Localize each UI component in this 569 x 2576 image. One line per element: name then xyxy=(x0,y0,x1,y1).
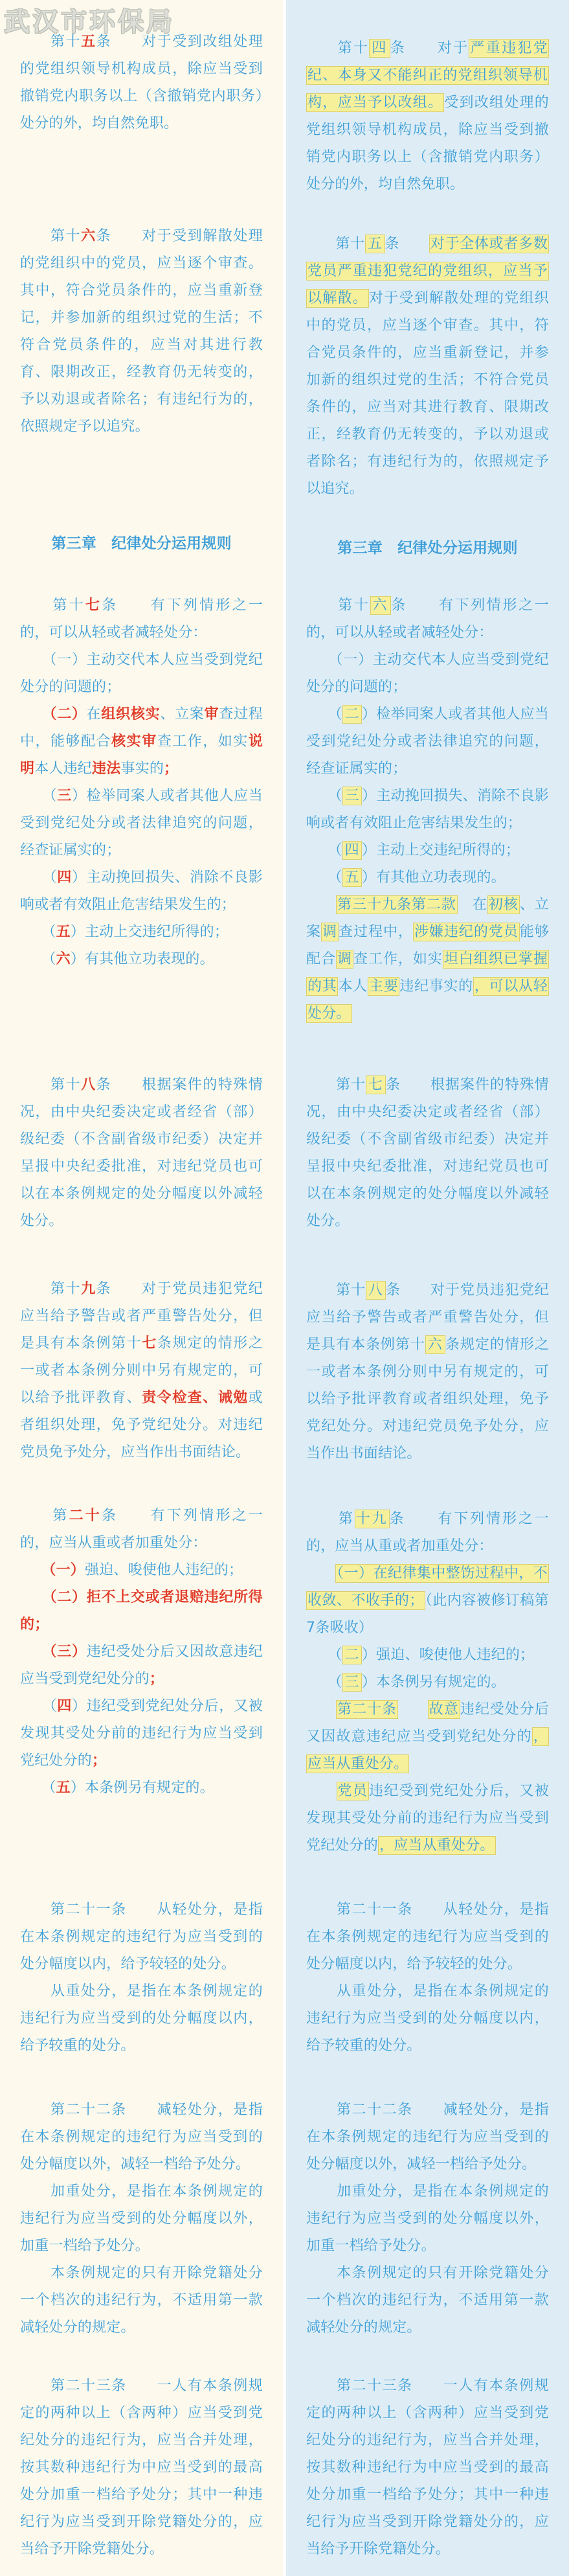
paragraph: （五）主动上交违纪所得的； xyxy=(20,919,263,946)
text-span: 第十 xyxy=(306,597,370,614)
highlight-box-char: 五 xyxy=(342,868,362,887)
text-span: 第十 xyxy=(20,1281,81,1297)
highlight-box-char: 三 xyxy=(342,1673,362,1692)
highlight-span: 第三十九条第二款 xyxy=(336,895,458,914)
article-block: 第十八条 对于党员违犯党纪应当给予警告或者严重警告处分，但是具有本条例第十六条规… xyxy=(306,1277,549,1467)
text-span: ）有其他立功表现的。 xyxy=(71,951,214,967)
red-edit-span: 六 xyxy=(56,951,71,967)
text-span: 加重处分，是指在本条例规定的违纪行为应当受到的处分幅度以外，加重一档给予处分。 xyxy=(306,2183,549,2254)
paragraph: （五）本条例另有规定的。 xyxy=(20,1775,263,1802)
red-edit-span: 核实审 xyxy=(111,733,157,750)
paragraph: 第三十九条第二款 在初核、立案调查过程中，涉嫌违纪的党员能够配合调查工作，如实坦… xyxy=(306,891,549,1028)
paragraph: 从重处分，是指在本条例规定的违纪行为应当受到的处分幅度以内，给予较重的处分。 xyxy=(306,1978,549,2060)
text-span: 条 对于 xyxy=(390,40,469,56)
text-span: （ xyxy=(20,788,57,804)
text-span: 第十 xyxy=(306,40,369,56)
text-span: 第十 xyxy=(306,236,365,252)
paragraph: 本条例规定的只有开除党籍处分一个档次的违纪行为，不适用第一款减轻处分的规定。 xyxy=(20,2260,263,2341)
red-edit-span: （一） xyxy=(49,1562,85,1578)
text-span: （一）主动交代本人应当受到党纪处分的问题的； xyxy=(306,652,549,695)
red-edit-span: 审 xyxy=(205,706,219,722)
red-edit-span: ； xyxy=(164,761,178,777)
highlight-box-char: 二 xyxy=(342,1646,362,1664)
article-block: 第十七条 根据案件的特殊情况，由中央纪委决定或者经省（部）级纪委（不含副省级市纪… xyxy=(306,1072,549,1235)
paragraph: （四）违纪受到党纪处分后，又被发现其受处分前的违纪行为应当受到党纪处分的； xyxy=(20,1693,263,1775)
text-span: （ xyxy=(306,788,342,804)
highlight-span: 涉嫌违纪的党员 xyxy=(413,923,520,941)
text-span: 事实的 xyxy=(120,761,164,777)
highlight-span: 故意 xyxy=(428,1700,460,1719)
highlight-box-char: 六 xyxy=(425,1335,445,1354)
text-span: 本人违纪 xyxy=(34,761,92,777)
text-span: 条 对于受到解散处理的党组织中的党员，应当逐个审查。其中，符合党员条件的，应当重… xyxy=(20,228,263,435)
red-edit-span: 四 xyxy=(57,869,72,886)
paragraph: 加重处分，是指在本条例规定的违纪行为应当受到的处分幅度以外，加重一档给予处分。 xyxy=(20,2178,263,2260)
paragraph: （五）有其他立功表现的。 xyxy=(306,864,549,891)
paragraph: 第十七条 根据案件的特殊情况，由中央纪委决定或者经省（部）级纪委（不含副省级市纪… xyxy=(306,1072,549,1235)
text-span: （ xyxy=(20,1698,57,1714)
red-edit-span: 九 xyxy=(81,1281,96,1297)
text-span: 从重处分，是指在本条例规定的违纪行为应当受到的处分幅度以内，给予较重的处分。 xyxy=(20,1983,263,2054)
text-span: 从重处分，是指在本条例规定的违纪行为应当受到的处分幅度以内，给予较重的处分。 xyxy=(306,1983,549,2054)
red-edit-span: 二十 xyxy=(69,1508,102,1524)
highlight-span: 十九 xyxy=(355,1510,390,1528)
highlight-box-char: 二 xyxy=(342,705,362,724)
text-span: （ xyxy=(306,1647,342,1663)
revised-text-column: 第十四条 对于严重违犯党纪、本身又不能纠正的党组织领导机构，应当予以改组。受到改… xyxy=(286,0,569,2576)
text-span: （ xyxy=(20,1780,56,1796)
article-block: 第二十三条 一人有本条例规定的两种以上（含两种）应当受到党纪处分的违纪行为，应当… xyxy=(20,2373,263,2563)
text-span: （ xyxy=(306,706,342,722)
text-span: 第十 xyxy=(306,1282,366,1298)
red-edit-span: 组织核实 xyxy=(101,706,160,722)
highlight-box-char: 三 xyxy=(342,787,362,805)
text-span xyxy=(306,1701,336,1718)
paragraph: （一）主动交代本人应当受到党纪处分的问题的； xyxy=(306,647,549,701)
text-span: ）主动上交违纪所得的； xyxy=(362,842,520,858)
red-edit-span: （二） xyxy=(49,706,86,722)
text-span: 条规定的情形之一或者本条例分则中另有规定的，可以给予批评教育或者组织处理，免予党… xyxy=(306,1337,549,1462)
red-edit-span: 违法 xyxy=(92,761,120,777)
red-edit-span: 六 xyxy=(81,228,96,244)
text-span: （ xyxy=(20,924,56,940)
paragraph: 第十九条 有下列情形之一的，应当从重或者加重处分： xyxy=(306,1506,549,1560)
text-span: 加重处分，是指在本条例规定的违纪行为应当受到的处分幅度以外，加重一档给予处分。 xyxy=(20,2183,263,2254)
text-span: 第二十二条 减轻处分，是指在本条例规定的违纪行为应当受到的处分幅度以外，减轻一档… xyxy=(20,2102,263,2172)
text-span: 查过程中， xyxy=(339,924,413,940)
article-block: 第十六条 对于受到解散处理的党组织中的党员，应当逐个审查。其中，符合党员条件的，… xyxy=(20,223,263,441)
text-span: 第三章 纪律处分运用规则 xyxy=(51,535,231,552)
paragraph: （六）有其他立功表现的。 xyxy=(20,946,263,973)
paragraph: 第十六条 有下列情形之一的，可以从轻或者减轻处分： xyxy=(306,592,549,647)
paragraph: 加重处分，是指在本条例规定的违纪行为应当受到的处分幅度以外，加重一档给予处分。 xyxy=(306,2178,549,2260)
article-block: 第二十一条 从轻处分，是指在本条例规定的违纪行为应当受到的处分幅度以内，给予较轻… xyxy=(306,1896,549,2060)
chapter-heading: 第三章 纪律处分运用规则 xyxy=(20,530,263,557)
text-span: 第二十一条 从轻处分，是指在本条例规定的违纪行为应当受到的处分幅度以内，给予较轻… xyxy=(20,1902,263,1972)
paragraph: 第二十三条 一人有本条例规定的两种以上（含两种）应当受到党纪处分的违纪行为，应当… xyxy=(20,2373,263,2563)
red-edit-span: 四 xyxy=(57,1698,72,1714)
red-edit-span: （二）拒不上交或者退赔违纪所得的； xyxy=(20,1589,263,1633)
paragraph: （三）主动挽回损失、消除不良影响或者有效阻止危害结果发生的； xyxy=(306,783,549,837)
article-block: 第十六条 有下列情形之一的，可以从轻或者减轻处分： （一）主动交代本人应当受到党… xyxy=(306,592,549,1028)
highlight-box-char: 四 xyxy=(342,841,362,860)
text-span: 第 xyxy=(20,1508,69,1524)
text-span: 强迫、唆使他人违纪的； xyxy=(85,1562,243,1578)
article-block: 第十四条 对于严重违犯党纪、本身又不能纠正的党组织领导机构，应当予以改组。受到改… xyxy=(306,35,549,198)
text-span: ）主动上交违纪所得的； xyxy=(71,924,229,940)
highlight-span: 党员 xyxy=(337,1782,370,1800)
highlight-box-char: 七 xyxy=(366,1075,386,1094)
text-span: （ xyxy=(306,842,342,858)
paragraph: （三）违纪受处分后又因故意违纪应当受到党纪处分的； xyxy=(20,1639,263,1693)
highlight-span: 调 xyxy=(336,950,353,969)
article-block: 第二十二条 减轻处分，是指在本条例规定的违纪行为应当受到的处分幅度以外，减轻一档… xyxy=(20,2097,263,2341)
text-span xyxy=(20,1589,49,1605)
red-edit-span: 责令检查、诫勉 xyxy=(142,1390,249,1406)
text-span: （一）主动交代本人应当受到党纪处分的问题的； xyxy=(20,652,263,695)
highlight-box-char: 五 xyxy=(365,235,385,253)
text-span xyxy=(20,1644,49,1660)
paragraph: （三）检举同案人或者其他人应当受到党纪处分或者法律追究的问题，经查证属实的； xyxy=(20,783,263,864)
text-span: 第十 xyxy=(306,1077,366,1093)
text-span: 条 根据案件的特殊情况，由中央纪委决定或者经省（部）级纪委（不含副省级市纪委）决… xyxy=(306,1077,549,1229)
article-block: 第十七条 有下列情形之一的，可以从轻或者减轻处分： （一）主动交代本人应当受到党… xyxy=(20,592,263,973)
paragraph: 第二十二条 减轻处分，是指在本条例规定的违纪行为应当受到的处分幅度以外，减轻一档… xyxy=(20,2097,263,2178)
red-edit-span: ； xyxy=(92,1753,106,1769)
text-span: ）强迫、唆使他人违纪的； xyxy=(362,1647,534,1663)
red-edit-span: 五 xyxy=(56,1780,71,1796)
text-span: （ xyxy=(20,951,56,967)
paragraph: 第十六条 对于受到解散处理的党组织中的党员，应当逐个审查。其中，符合党员条件的，… xyxy=(20,223,263,441)
article-block: 第二十条 有下列情形之一的，应当从重或者加重处分： （一）强迫、唆使他人违纪的；… xyxy=(20,1502,263,1802)
paragraph: 本条例规定的只有开除党籍处分一个档次的违纪行为，不适用第一款减轻处分的规定。 xyxy=(306,2260,549,2341)
paragraph: （一）强迫、唆使他人违纪的； xyxy=(20,1557,263,1584)
text-span xyxy=(306,1783,337,1799)
red-edit-span: （三） xyxy=(49,1644,86,1660)
red-edit-span: 五 xyxy=(56,924,71,940)
text-span: 第十 xyxy=(20,597,85,614)
article-block: 第二十一条 从轻处分，是指在本条例规定的违纪行为应当受到的处分幅度以内，给予较轻… xyxy=(20,1896,263,2060)
paragraph: 从重处分，是指在本条例规定的违纪行为应当受到的处分幅度以内，给予较重的处分。 xyxy=(20,1978,263,2060)
text-span: ）本条例另有规定的。 xyxy=(362,1674,506,1690)
article-block: 第十九条 对于党员违犯党纪应当给予警告或者严重警告处分，但是具有本条例第十七条规… xyxy=(20,1276,263,1466)
text-span: 条 根据案件的特殊情况，由中央纪委决定或者经省（部）级纪委（不含副省级市纪委）决… xyxy=(20,1077,263,1229)
paragraph: 第二十一条 从轻处分，是指在本条例规定的违纪行为应当受到的处分幅度以内，给予较轻… xyxy=(306,1896,549,1978)
text-span: 第二十三条 一人有本条例规定的两种以上（含两种）应当受到党纪处分的违纪行为，应当… xyxy=(306,2378,549,2557)
red-edit-span: ； xyxy=(150,1671,164,1687)
text-span: 违纪事实的 xyxy=(399,978,473,995)
paragraph: 第十五条 对于全体或者多数党员严重违犯党纪的党组织，应当予以解散。对于受到解散处… xyxy=(306,231,549,503)
article-block: 第二十三条 一人有本条例规定的两种以上（含两种）应当受到党纪处分的违纪行为，应当… xyxy=(306,2373,549,2563)
paragraph: 第二十三条 一人有本条例规定的两种以上（含两种）应当受到党纪处分的违纪行为，应当… xyxy=(306,2373,549,2563)
highlight-span: 主要 xyxy=(368,977,399,996)
paragraph: 第二十条 有下列情形之一的，应当从重或者加重处分： xyxy=(20,1502,263,1557)
paragraph: 第二十一条 从轻处分，是指在本条例规定的违纪行为应当受到的处分幅度以内，给予较轻… xyxy=(20,1896,263,1978)
red-edit-span: 八 xyxy=(81,1077,96,1093)
text-span: 第十 xyxy=(20,1077,81,1093)
text-span xyxy=(306,1565,335,1581)
text-span: 第二十三条 一人有本条例规定的两种以上（含两种）应当受到党纪处分的违纪行为，应当… xyxy=(20,2378,263,2557)
text-span: 在 xyxy=(458,897,487,913)
text-span xyxy=(398,1701,428,1718)
red-edit-span: 七 xyxy=(85,597,102,614)
text-span: 第十 xyxy=(20,228,81,244)
article-block: 第十五条 对于受到改组处理的党组织领导机构成员，除应当受到撤销党内职务以上（含撤… xyxy=(20,29,263,137)
paragraph: （一）主动交代本人应当受到党纪处分的问题的； xyxy=(20,647,263,701)
text-span: 第三章 纪律处分运用规则 xyxy=(337,540,517,557)
text-span xyxy=(20,706,49,722)
highlight-box-char: 六 xyxy=(370,596,392,615)
paragraph: （二）拒不上交或者退赔违纪所得的； xyxy=(20,1584,263,1639)
text-span: 在 xyxy=(87,706,102,722)
text-span: 第二十一条 从轻处分，是指在本条例规定的违纪行为应当受到的处分幅度以内，给予较轻… xyxy=(306,1902,549,1972)
paragraph: （三）本条例另有规定的。 xyxy=(306,1669,549,1696)
text-span: ）本条例另有规定的。 xyxy=(71,1780,214,1796)
highlight-span: 初核 xyxy=(487,895,520,914)
paragraph: 第十四条 对于严重违犯党纪、本身又不能纠正的党组织领导机构，应当予以改组。受到改… xyxy=(306,35,549,198)
red-edit-span: 三 xyxy=(57,788,72,804)
paragraph: （二）在组织核实、立案审查过程中，能够配合核实审查工作，如实说明本人违纪违法事实… xyxy=(20,701,263,783)
paragraph: 第三章 纪律处分运用规则 xyxy=(20,530,263,557)
text-span: 对于受到解散处理的党组织中的党员，应当逐个审查。其中，符合党员条件的，应当重新登… xyxy=(306,290,549,497)
text-span: 查工作，如实 xyxy=(353,951,443,967)
paragraph: （四）主动挽回损失、消除不良影响或者有效阻止危害结果发生的； xyxy=(20,864,263,919)
article-block: 第十五条 对于全体或者多数党员严重违犯党纪的党组织，应当予以解散。对于受到解散处… xyxy=(306,231,549,503)
paragraph: 第二十二条 减轻处分，是指在本条例规定的违纪行为应当受到的处分幅度以外，减轻一档… xyxy=(306,2097,549,2178)
paragraph: （二）检举同案人或者其他人应当受到党纪处分或者法律追究的问题，经查证属实的； xyxy=(306,701,549,783)
text-span: ）有其他立功表现的。 xyxy=(362,869,506,886)
text-span: 本条例规定的只有开除党籍处分一个档次的违纪行为，不适用第一款减轻处分的规定。 xyxy=(20,2265,263,2336)
article-block: 第二十二条 减轻处分，是指在本条例规定的违纪行为应当受到的处分幅度以外，减轻一档… xyxy=(306,2097,549,2341)
text-span: 、立案 xyxy=(160,706,204,722)
paragraph: 第三章 纪律处分运用规则 xyxy=(306,535,549,562)
paragraph: 第十七条 有下列情形之一的，可以从轻或者减轻处分： xyxy=(20,592,263,647)
paragraph: 第十九条 对于党员违犯党纪应当给予警告或者严重警告处分，但是具有本条例第十七条规… xyxy=(20,1276,263,1466)
original-text-column: 第十五条 对于受到改组处理的党组织领导机构成员，除应当受到撤销党内职务以上（含撤… xyxy=(0,0,283,2576)
highlight-span: 调 xyxy=(321,923,339,941)
text-span: 第 xyxy=(306,1511,355,1527)
text-span: （ xyxy=(306,1674,342,1690)
paragraph: 第十八条 根据案件的特殊情况，由中央纪委决定或者经省（部）级纪委（不含副省级市纪… xyxy=(20,1072,263,1235)
watermark: 武汉市环保局 xyxy=(4,1,175,38)
text-span: 条 xyxy=(385,236,429,252)
chapter-heading: 第三章 纪律处分运用规则 xyxy=(306,535,549,562)
text-span: 查工作，如实 xyxy=(157,733,249,750)
paragraph: （四）主动上交违纪所得的； xyxy=(306,837,549,864)
article-block: 第十九条 有下列情形之一的，应当从重或者加重处分： （一）在纪律集中整饬过程中，… xyxy=(306,1506,549,1859)
text-span: 第二十二条 减轻处分，是指在本条例规定的违纪行为应当受到的处分幅度以外，减轻一档… xyxy=(306,2102,549,2172)
paragraph: 第二十条 故意违纪受处分后又因故意违纪应当受到党纪处分的，应当从重处分。 xyxy=(306,1696,549,1778)
paragraph: （二）强迫、唆使他人违纪的； xyxy=(306,1642,549,1669)
paragraph: 第十八条 对于党员违犯党纪应当给予警告或者严重警告处分，但是具有本条例第十六条规… xyxy=(306,1277,549,1467)
paragraph: 党员违纪受到党纪处分后，又被发现其受处分前的违纪行为应当受到党纪处分的，应当从重… xyxy=(306,1778,549,1859)
text-span xyxy=(306,897,336,913)
text-span xyxy=(20,1562,49,1578)
text-span: 本条例规定的只有开除党籍处分一个档次的违纪行为，不适用第一款减轻处分的规定。 xyxy=(306,2265,549,2336)
text-span: 本人 xyxy=(338,978,367,995)
red-edit-span: 七 xyxy=(142,1335,157,1351)
article-block: 第十八条 根据案件的特殊情况，由中央纪委决定或者经省（部）级纪委（不含副省级市纪… xyxy=(20,1072,263,1235)
text-span: （ xyxy=(20,869,57,886)
highlight-span: 第二十条 xyxy=(336,1700,398,1719)
highlight-box-char: 四 xyxy=(369,39,390,58)
paragraph: （一）在纪律集中整饬过程中，不收敛、不收手的；（此内容被修订稿第7条吸收） xyxy=(306,1560,549,1642)
highlight-box-char: 八 xyxy=(366,1281,386,1300)
text-span: （ xyxy=(306,869,342,886)
highlight-span: ，应当从重处分。 xyxy=(378,1836,496,1855)
paragraph: 第十五条 对于受到改组处理的党组织领导机构成员，除应当受到撤销党内职务以上（含撤… xyxy=(20,29,263,137)
